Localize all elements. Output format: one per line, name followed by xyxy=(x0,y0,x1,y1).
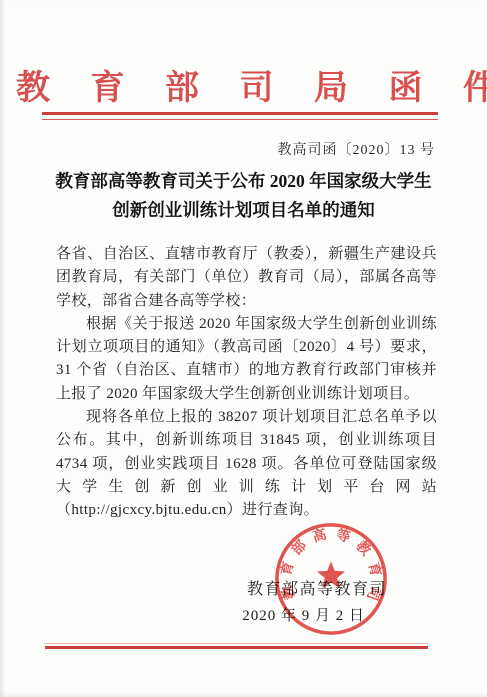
letterhead-title: 教 育 部 司 局 函 件 xyxy=(0,60,487,109)
document-title: 教育部高等教育司关于公布 2020 年国家级大学生 创新创业训练计划项目名单的通… xyxy=(0,167,487,224)
seal-graphic: 教育部高等教育司 xyxy=(272,520,390,638)
header-rule-thick xyxy=(42,112,438,115)
document-title-line2: 创新创业训练计划项目名单的通知 xyxy=(0,196,487,225)
footer-rule-thin xyxy=(45,643,428,644)
seal-star-icon xyxy=(317,561,345,588)
header-rule-thin xyxy=(42,119,438,120)
body-paragraph-basis: 根据《关于报送 2020 年国家级大学生创新创业训练计划立项项目的通知》（教高司… xyxy=(56,313,437,406)
letter-body: 各省、自治区、直辖市教育厅（教委），新疆生产建设兵团教育局，有关部门（单位）教育… xyxy=(56,243,437,523)
salutation-paragraph: 各省、自治区、直辖市教育厅（教委），新疆生产建设兵团教育局，有关部门（单位）教育… xyxy=(56,243,437,313)
official-red-seal: 教育部高等教育司 xyxy=(272,520,390,638)
document-number: 教高司函〔2020〕13 号 xyxy=(278,139,436,159)
footer-rule-thick xyxy=(45,646,428,649)
scanned-letter-page: 教 育 部 司 局 函 件 教高司函〔2020〕13 号 教育部高等教育司关于公… xyxy=(0,0,487,697)
body-paragraph-announcement: 现将各单位上报的 38207 项计划项目汇总名单予以公布。其中，创新训练项目 3… xyxy=(56,406,437,522)
document-title-line1: 教育部高等教育司关于公布 2020 年国家级大学生 xyxy=(0,167,487,196)
